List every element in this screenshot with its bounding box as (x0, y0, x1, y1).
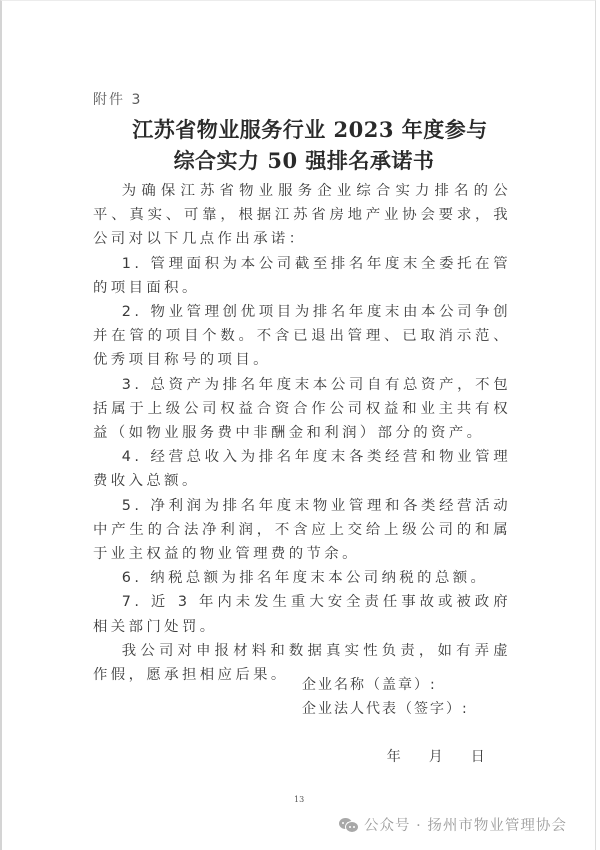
day-label: 日 (471, 745, 487, 769)
document-title-line-1: 江苏省物业服务行业 2023 年度参与 (10, 114, 600, 144)
commitment-item-5: 5. 净利润为排名年度末物业管理和各类经营活动中产生的合法净利润，不含应上交给上… (93, 494, 511, 567)
signature-block: 企业名称（盖章）: 企业法人代表（签字）: 年月日 (302, 673, 487, 793)
year-label: 年 (387, 745, 403, 769)
commitment-item-3: 3. 总资产为排名年度末本公司自有总资产，不包括属于上级公司权益合资合作公司权益… (93, 373, 511, 446)
document-title-line-2: 综合实力 50 强排名承诺书 (4, 145, 600, 175)
attachment-label: 附件 3 (93, 89, 142, 109)
month-label: 月 (429, 745, 445, 769)
legal-representative-signature-label: 企业法人代表（签字）: (302, 697, 487, 721)
page-number: 13 (294, 795, 304, 804)
wechat-watermark: 公众号 · 扬州市物业管理协会 (339, 814, 567, 835)
commitment-item-6: 6. 纳税总额为排名年度末本公司纳税的总额。 (93, 566, 511, 590)
watermark-text: 公众号 · 扬州市物业管理协会 (364, 814, 567, 835)
intro-paragraph: 为确保江苏省物业服务企业综合实力排名的公平、真实、可靠，根据江苏省房地产业协会要… (93, 179, 511, 252)
company-name-seal-label: 企业名称（盖章）: (302, 673, 487, 697)
wechat-icon (339, 817, 359, 833)
document-body: 为确保江苏省物业服务企业综合实力排名的公平、真实、可靠，根据江苏省房地产业协会要… (93, 179, 511, 687)
date-line: 年月日 (302, 721, 487, 793)
commitment-item-1: 1. 管理面积为本公司截至排名年度末全委托在管的项目面积。 (93, 252, 511, 300)
commitment-item-7: 7. 近 3 年内未发生重大安全责任事故或被政府相关部门处罚。 (93, 590, 511, 638)
commitment-item-2: 2. 物业管理创优项目为排名年度末由本公司争创并在管的项目个数。不含已退出管理、… (93, 300, 511, 373)
commitment-item-4: 4. 经营总收入为排名年度末各类经营和物业管理费收入总额。 (93, 445, 511, 493)
document-page: 附件 3 江苏省物业服务行业 2023 年度参与 综合实力 50 强排名承诺书 … (0, 0, 596, 850)
